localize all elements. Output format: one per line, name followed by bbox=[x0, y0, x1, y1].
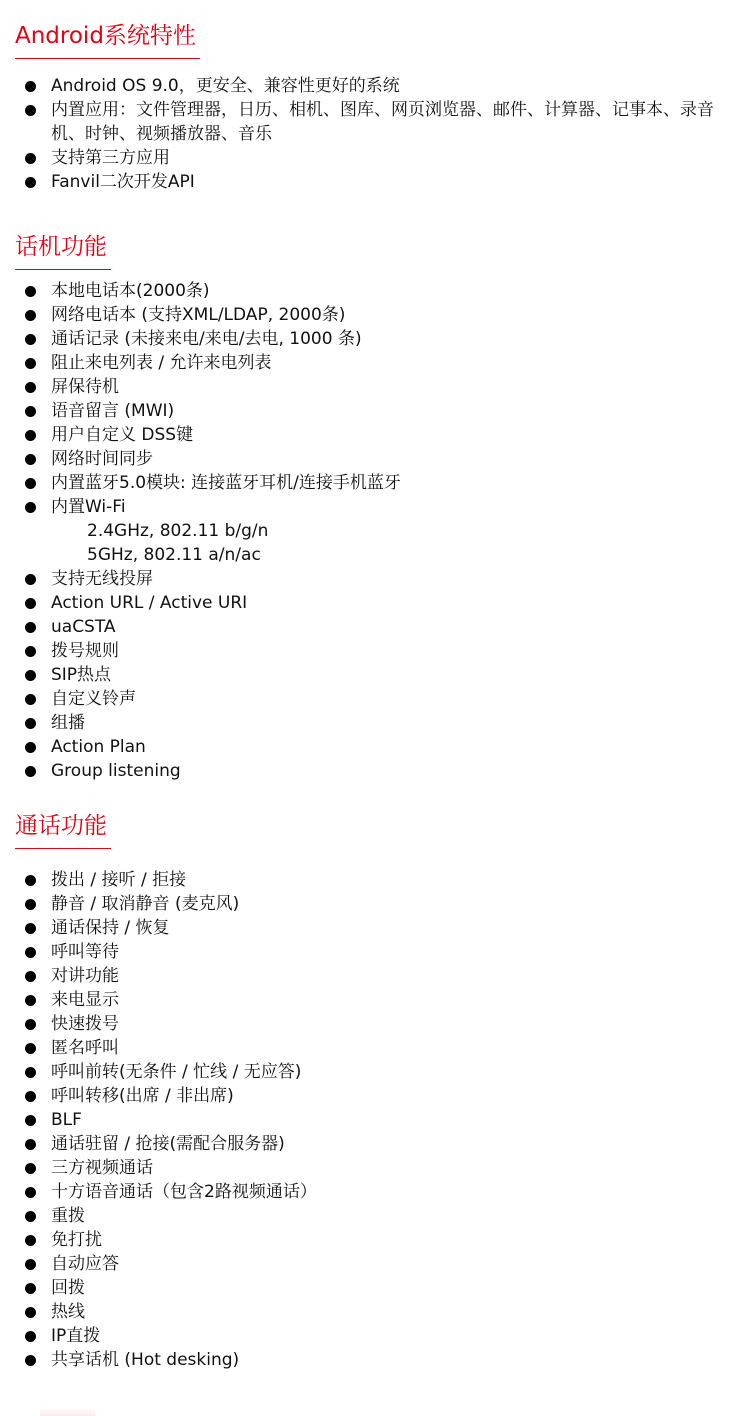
feature-list: 本地电话本(2000条) 网络电话本 (支持XML/LDAP, 2000条) 通… bbox=[0, 279, 740, 783]
bullet-icon bbox=[25, 334, 36, 345]
bullet-icon bbox=[25, 81, 36, 92]
bullet-icon bbox=[25, 1259, 36, 1270]
bullet-icon bbox=[25, 1091, 36, 1102]
feature-list: Android OS 9.0，更安全、兼容性更好的系统 内置应用：文件管理器，日… bbox=[0, 74, 740, 194]
list-item: 呼叫转移(出席 / 非出席) bbox=[0, 1084, 740, 1108]
bullet-icon bbox=[25, 406, 36, 417]
list-item: 呼叫前转(无条件 / 忙线 / 无应答) bbox=[0, 1060, 740, 1084]
list-item: 支持第三方应用 bbox=[0, 146, 740, 170]
list-item: IP直拨 bbox=[0, 1324, 740, 1348]
list-item: 免打扰 bbox=[0, 1228, 740, 1252]
list-item: 呼叫等待 bbox=[0, 940, 740, 964]
heading-underline bbox=[15, 848, 111, 849]
bullet-icon bbox=[25, 899, 36, 910]
list-item: 热线 bbox=[0, 1300, 740, 1324]
list-item: SIP热点 bbox=[0, 663, 740, 687]
list-item: 三方视频通话 bbox=[0, 1156, 740, 1180]
bullet-icon bbox=[25, 310, 36, 321]
bullet-icon bbox=[25, 1067, 36, 1078]
bullet-icon bbox=[25, 382, 36, 393]
list-item: 自定义铃声 bbox=[0, 687, 740, 711]
list-item: 回拨 bbox=[0, 1276, 740, 1300]
section-heading: 话机功能 bbox=[15, 232, 107, 262]
bullet-icon bbox=[25, 1043, 36, 1054]
bullet-icon bbox=[25, 598, 36, 609]
list-item: 阻止来电列表 / 允许来电列表 bbox=[0, 351, 740, 375]
bullet-icon bbox=[25, 694, 36, 705]
list-item: uaCSTA bbox=[0, 615, 740, 639]
bullet-icon bbox=[25, 1355, 36, 1366]
bullet-icon bbox=[25, 1187, 36, 1198]
list-item: 共享话机 (Hot desking) bbox=[0, 1348, 740, 1372]
section-heading: Android系统特性 bbox=[15, 21, 196, 51]
list-item: Action Plan bbox=[0, 735, 740, 759]
list-item: BLF bbox=[0, 1108, 740, 1132]
list-item: 来电显示 bbox=[0, 988, 740, 1012]
list-item: 内置应用：文件管理器，日历、相机、图库、网页浏览器、邮件、计算器、记事本、录音机… bbox=[0, 98, 721, 146]
list-item: 通话记录 (未接来电/来电/去电, 1000 条) bbox=[0, 327, 740, 351]
bullet-icon bbox=[25, 502, 36, 513]
list-item: 屏保待机 bbox=[0, 375, 740, 399]
list-item: 网络电话本 (支持XML/LDAP, 2000条) bbox=[0, 303, 740, 327]
bullet-icon bbox=[25, 1235, 36, 1246]
sub-item: 5GHz, 802.11 a/n/ac bbox=[51, 543, 740, 567]
bullet-icon bbox=[25, 105, 36, 116]
list-item: 用户自定义 DSS键 bbox=[0, 423, 740, 447]
bullet-icon bbox=[25, 947, 36, 958]
clipped-next-heading bbox=[40, 1408, 95, 1416]
bullet-icon bbox=[25, 622, 36, 633]
list-item: 语音留言 (MWI) bbox=[0, 399, 740, 423]
section-heading: 通话功能 bbox=[15, 811, 107, 841]
heading-underline bbox=[15, 58, 200, 59]
list-item: 内置蓝牙5.0模块: 连接蓝牙耳机/连接手机蓝牙 bbox=[0, 471, 740, 495]
bullet-icon bbox=[25, 153, 36, 164]
list-item: Group listening bbox=[0, 759, 740, 783]
list-item: 对讲功能 bbox=[0, 964, 740, 988]
list-item-wifi: 内置Wi-Fi 2.4GHz, 802.11 b/g/n 5GHz, 802.1… bbox=[0, 495, 740, 567]
bullet-icon bbox=[25, 1139, 36, 1150]
list-item: 拨号规则 bbox=[0, 639, 740, 663]
bullet-icon bbox=[25, 742, 36, 753]
bullet-icon bbox=[25, 766, 36, 777]
bullet-icon bbox=[25, 1331, 36, 1342]
list-item: 通话保持 / 恢复 bbox=[0, 916, 740, 940]
bullet-icon bbox=[25, 670, 36, 681]
heading-underline bbox=[15, 269, 111, 270]
bullet-icon bbox=[25, 177, 36, 188]
bullet-icon bbox=[25, 286, 36, 297]
list-item: 本地电话本(2000条) bbox=[0, 279, 740, 303]
bullet-icon bbox=[25, 1163, 36, 1174]
list-item: 网络时间同步 bbox=[0, 447, 740, 471]
bullet-icon bbox=[25, 646, 36, 657]
bullet-icon bbox=[25, 430, 36, 441]
bullet-icon bbox=[25, 995, 36, 1006]
bullet-icon bbox=[25, 574, 36, 585]
list-item: 重拨 bbox=[0, 1204, 740, 1228]
bullet-icon bbox=[25, 358, 36, 369]
bullet-icon bbox=[25, 1019, 36, 1030]
list-item: 快速拨号 bbox=[0, 1012, 740, 1036]
list-item: Action URL / Active URI bbox=[0, 591, 740, 615]
list-item: Fanvil二次开发API bbox=[0, 170, 740, 194]
list-item: 静音 / 取消静音 (麦克风) bbox=[0, 892, 740, 916]
bullet-icon bbox=[25, 1283, 36, 1294]
list-item: 匿名呼叫 bbox=[0, 1036, 740, 1060]
feature-list: 拨出 / 接听 / 拒接 静音 / 取消静音 (麦克风) 通话保持 / 恢复 呼… bbox=[0, 868, 740, 1372]
list-item: 支持无线投屏 bbox=[0, 567, 740, 591]
bullet-icon bbox=[25, 454, 36, 465]
bullet-icon bbox=[25, 478, 36, 489]
bullet-icon bbox=[25, 1307, 36, 1318]
list-item: 组播 bbox=[0, 711, 740, 735]
list-item: 拨出 / 接听 / 拒接 bbox=[0, 868, 740, 892]
bullet-icon bbox=[25, 718, 36, 729]
list-item: 十方语音通话（包含2路视频通话） bbox=[0, 1180, 740, 1204]
bullet-icon bbox=[25, 1115, 36, 1126]
list-item: Android OS 9.0，更安全、兼容性更好的系统 bbox=[0, 74, 740, 98]
bullet-icon bbox=[25, 875, 36, 886]
bullet-icon bbox=[25, 923, 36, 934]
bullet-icon bbox=[25, 1211, 36, 1222]
sub-item: 2.4GHz, 802.11 b/g/n bbox=[51, 519, 740, 543]
list-item: 自动应答 bbox=[0, 1252, 740, 1276]
bullet-icon bbox=[25, 971, 36, 982]
list-item: 通话驻留 / 抢接(需配合服务器) bbox=[0, 1132, 740, 1156]
